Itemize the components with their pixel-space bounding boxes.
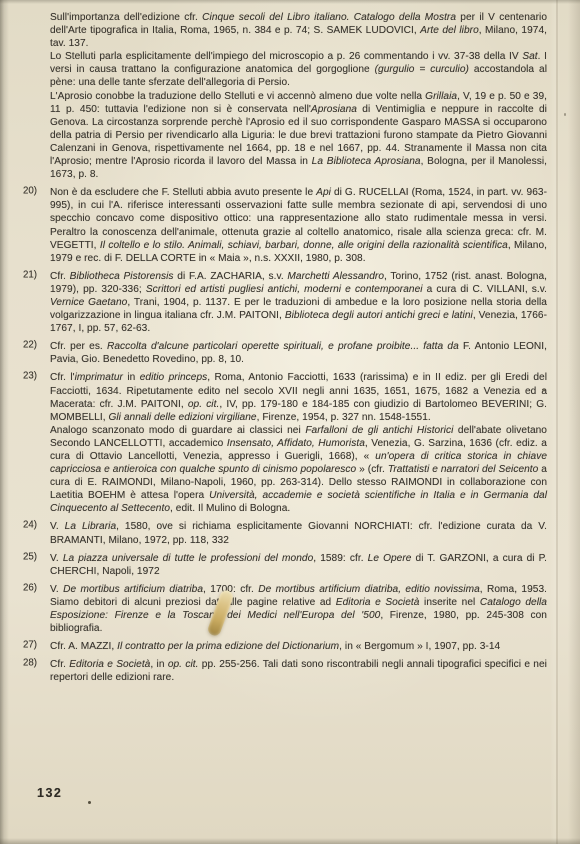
italic-text-run: De mortibus artificium diatriba, editio … [258, 584, 480, 595]
text-run: di F.A. ZACHARIA, s.v. [174, 271, 288, 282]
footnote-text: Non è da escludere che F. Stelluti abbia… [50, 186, 547, 265]
footnote: 23)Cfr. l'imprimatur in editio princeps,… [50, 371, 547, 515]
footnote: 27)Cfr. A. MAZZI, Il contratto per la pr… [50, 640, 547, 653]
italic-text-run: Api [316, 187, 331, 198]
italic-text-run: Le Opere [368, 553, 412, 564]
footnote-paragraph: V. La piazza universale di tutte le prof… [50, 552, 547, 578]
italic-text-run: Gli annali delle edizioni virgiliane [108, 412, 256, 423]
italic-text-run: (gurgulio = curculio) [375, 64, 469, 75]
text-run: , 1589: cfr. [313, 553, 367, 564]
italic-text-run: Grillaia [425, 91, 457, 102]
text-run: , Firenze, 1954, p. 327 nn. 1548-1551. [257, 412, 431, 423]
intro-block: Sull'importanza dell'edizione cfr. Cinqu… [50, 11, 547, 181]
footnote-number: 20) [23, 185, 47, 198]
ink-speck [564, 113, 566, 116]
text-run: , in « Bergomum » I, 1907, pp. 3-14 [339, 641, 500, 652]
footnote-text: V. La piazza universale di tutte le prof… [50, 552, 547, 578]
text-run: V. [50, 521, 65, 532]
text-run: , edit. Il Mulino di Bologna. [170, 503, 290, 514]
footnote-number: 27) [23, 639, 47, 652]
footnote: 22)Cfr. per es. Raccolta d'alcune partic… [50, 340, 547, 366]
page-crease [556, 0, 558, 844]
text-run: Cfr. [50, 659, 69, 670]
footnote-text: V. La Libraria, 1580, ove si richiama es… [50, 520, 547, 546]
text-run: , 1580, ove si richiama esplicitamente G… [50, 521, 547, 545]
italic-text-run: La Libraria [65, 521, 116, 532]
text-run: Cfr. per es. [50, 341, 107, 352]
page-edge-bottom [0, 838, 580, 844]
italic-text-run: Cinque secoli del Libro italiano. Catalo… [202, 12, 456, 23]
italic-text-run: Bibliotheca Pistorensis [70, 271, 174, 282]
footnote-number: 26) [23, 581, 47, 594]
text-run: Lo Stelluti parla esplicitamente dell'im… [50, 51, 522, 62]
text-run: Non è da escludere che F. Stelluti abbia… [50, 187, 316, 198]
footnote-paragraph: Cfr. A. MAZZI, Il contratto per la prima… [50, 640, 547, 653]
italic-text-run: op. cit. [168, 659, 199, 670]
italic-text-run: Il contratto per la prima edizione del D… [117, 641, 339, 652]
footnote: 20)Non è da escludere che F. Stelluti ab… [50, 186, 547, 265]
italic-text-run: De mortibus artificium diatriba [63, 584, 203, 595]
page-edge-left [0, 0, 9, 844]
footnote: 26)V. De mortibus artificium diatriba, 1… [50, 583, 547, 635]
footnote: 28)Cfr. Editoria e Società, in op. cit. … [50, 658, 547, 684]
text-run: Cfr. l' [50, 372, 75, 383]
footnote-paragraph: Cfr. Bibliotheca Pistorensis di F.A. ZAC… [50, 270, 547, 335]
footnote-text: Cfr. per es. Raccolta d'alcune particola… [50, 340, 547, 366]
footnote: 21)Cfr. Bibliotheca Pistorensis di F.A. … [50, 270, 547, 335]
italic-text-run: Aprosiana [311, 104, 357, 115]
page-edge-right [568, 0, 580, 844]
text-run: , in [150, 659, 167, 670]
footnote-number: 23) [23, 370, 47, 383]
footnote-number: 21) [23, 268, 47, 281]
footnote-paragraph: Non è da escludere che F. Stelluti abbia… [50, 186, 547, 265]
italic-text-run: Marchetti Alessandro [287, 271, 384, 282]
intro-paragraph: Sull'importanza dell'edizione cfr. Cinqu… [50, 11, 547, 50]
text-run: Sull'importanza dell'edizione cfr. [50, 12, 202, 23]
italic-text-run: La Biblioteca Aprosiana [312, 156, 421, 167]
page-edge-top [0, 0, 580, 4]
footnotes-block: 20)Non è da escludere che F. Stelluti ab… [50, 186, 547, 684]
italic-text-run: Trattatisti e narratori del Seicento [388, 464, 539, 475]
scanned-book-page: Sull'importanza dell'edizione cfr. Cinqu… [0, 0, 580, 844]
italic-text-run: Sat [522, 51, 537, 62]
text-run: V. [50, 584, 63, 595]
text-run: L'Aprosio conobbe la traduzione dello St… [50, 91, 425, 102]
footnote-paragraph: Cfr. per es. Raccolta d'alcune particola… [50, 340, 547, 366]
footnote-text: Cfr. Editoria e Società, in op. cit. pp.… [50, 658, 547, 684]
footnote-paragraph: Cfr. Editoria e Società, in op. cit. pp.… [50, 658, 547, 684]
italic-text-run: Insensato, Affidato, Humorista [227, 438, 365, 449]
italic-text-run: Arte del libro [420, 25, 479, 36]
italic-text-run: Editoria e Società [336, 597, 420, 608]
footnote-number: 24) [23, 519, 47, 532]
footnote: 24)V. La Libraria, 1580, ove si richiama… [50, 520, 547, 546]
italic-text-run: La piazza universale di tutte le profess… [63, 553, 313, 564]
footnote-paragraph: Cfr. l'imprimatur in editio princeps, Ro… [50, 371, 547, 423]
italic-text-run: Farfalloni de gli antichi Historici [305, 425, 453, 436]
text-run: a cura di C. VILLANI, s.v. [423, 284, 547, 295]
footnote-paragraph: V. De mortibus artificium diatriba, 1700… [50, 583, 547, 635]
text-run: in [123, 372, 140, 383]
ink-speck [542, 389, 545, 391]
text-run: Cfr. [50, 271, 70, 282]
footnote-text: Cfr. Bibliotheca Pistorensis di F.A. ZAC… [50, 270, 547, 335]
italic-text-run: Editoria e Società [69, 659, 150, 670]
footnote-paragraph: V. La Libraria, 1580, ove si richiama es… [50, 520, 547, 546]
footnote-number: 28) [23, 657, 47, 670]
intro-paragraph: L'Aprosio conobbe la traduzione dello St… [50, 90, 547, 182]
text-run: Cfr. A. MAZZI, [50, 641, 117, 652]
footnote-text: V. De mortibus artificium diatriba, 1700… [50, 583, 547, 635]
italic-text-run: Biblioteca degli autori antichi greci e … [285, 310, 473, 321]
text-run: V. [50, 553, 63, 564]
italic-text-run: Scrittori ed artisti pugliesi antichi, m… [146, 284, 423, 295]
footnote-number: 25) [23, 550, 47, 563]
footnote-text: Cfr. A. MAZZI, Il contratto per la prima… [50, 640, 547, 653]
italic-text-run: Vernice Gaetano [50, 297, 127, 308]
text-run: » (cfr. [356, 464, 388, 475]
footnote-text: Cfr. l'imprimatur in editio princeps, Ro… [50, 371, 547, 515]
text-run: Analogo scanzonato modo di guardare ai c… [50, 425, 305, 436]
italic-text-run: Raccolta d'alcune particolari operette s… [107, 341, 459, 352]
italic-text-run: Il coltello e lo stilo. Animali, schiavi… [100, 240, 508, 251]
footnote-paragraph: Analogo scanzonato modo di guardare ai c… [50, 424, 547, 516]
italic-text-run: imprimatur [75, 372, 123, 383]
text-run: inserite nel [419, 597, 479, 608]
footnote: 25)V. La piazza universale di tutte le p… [50, 552, 547, 578]
page-number: 132 [37, 786, 62, 800]
italic-text-run: op. cit. [188, 399, 220, 410]
footnote-number: 22) [23, 339, 47, 352]
text-column: Sull'importanza dell'edizione cfr. Cinqu… [50, 11, 547, 685]
ink-speck [88, 801, 91, 804]
intro-paragraph: Lo Stelluti parla esplicitamente dell'im… [50, 50, 547, 89]
italic-text-run: editio princeps [140, 372, 208, 383]
